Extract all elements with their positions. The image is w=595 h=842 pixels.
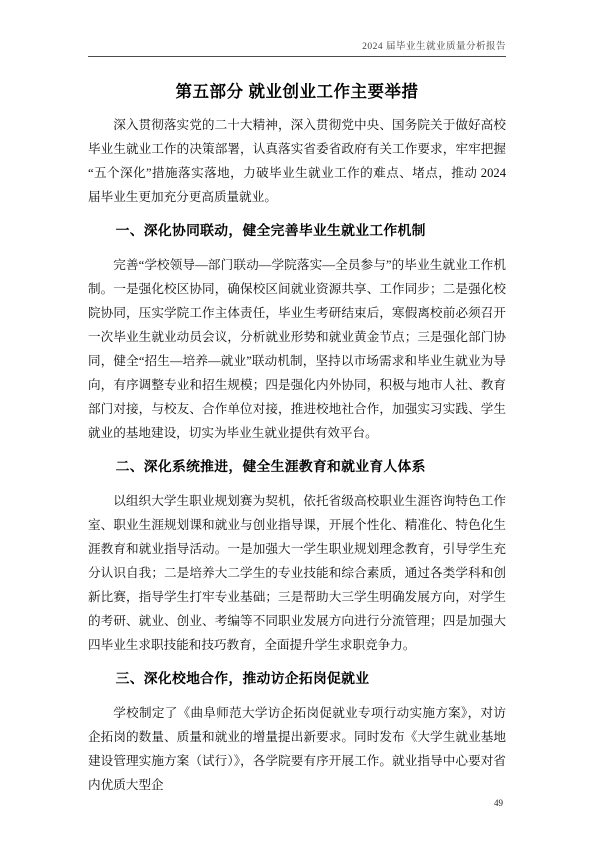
section-heading-1: 一、深化协同联动，健全完善毕业生就业工作机制 (88, 220, 506, 242)
page-content: 2024 届毕业生就业质量分析报告 第五部分 就业创业工作主要举措 深入贯彻落实… (88, 0, 506, 797)
section-body-2: 以组织大学生职业规划赛为契机，依托省级高校职业生涯咨询特色工作室、职业生涯规划课… (88, 489, 506, 657)
section-heading-2: 二、深化系统推进，健全生涯教育和就业育人体系 (88, 456, 506, 478)
document-page: 2024 届毕业生就业质量分析报告 第五部分 就业创业工作主要举措 深入贯彻落实… (0, 0, 595, 842)
section-body-1: 完善“学校领导—部门联动—学院落实—全员参与”的毕业生就业工作机制。一是强化校区… (88, 253, 506, 445)
page-title: 第五部分 就业创业工作主要举措 (88, 78, 506, 102)
running-header-text: 2024 届毕业生就业质量分析报告 (362, 42, 506, 52)
section-body-3: 学校制定了《曲阜师范大学访企拓岗促就业专项行动实施方案》，对访企拓岗的数量、质量… (88, 701, 506, 797)
running-header: 2024 届毕业生就业质量分析报告 (88, 0, 506, 57)
intro-paragraph: 深入贯彻落实党的二十大精神，深入贯彻党中央、国务院关于做好高校毕业生就业工作的决… (88, 113, 506, 209)
page-number: 49 (494, 798, 503, 808)
section-heading-3: 三、深化校地合作，推动访企拓岗促就业 (88, 668, 506, 690)
